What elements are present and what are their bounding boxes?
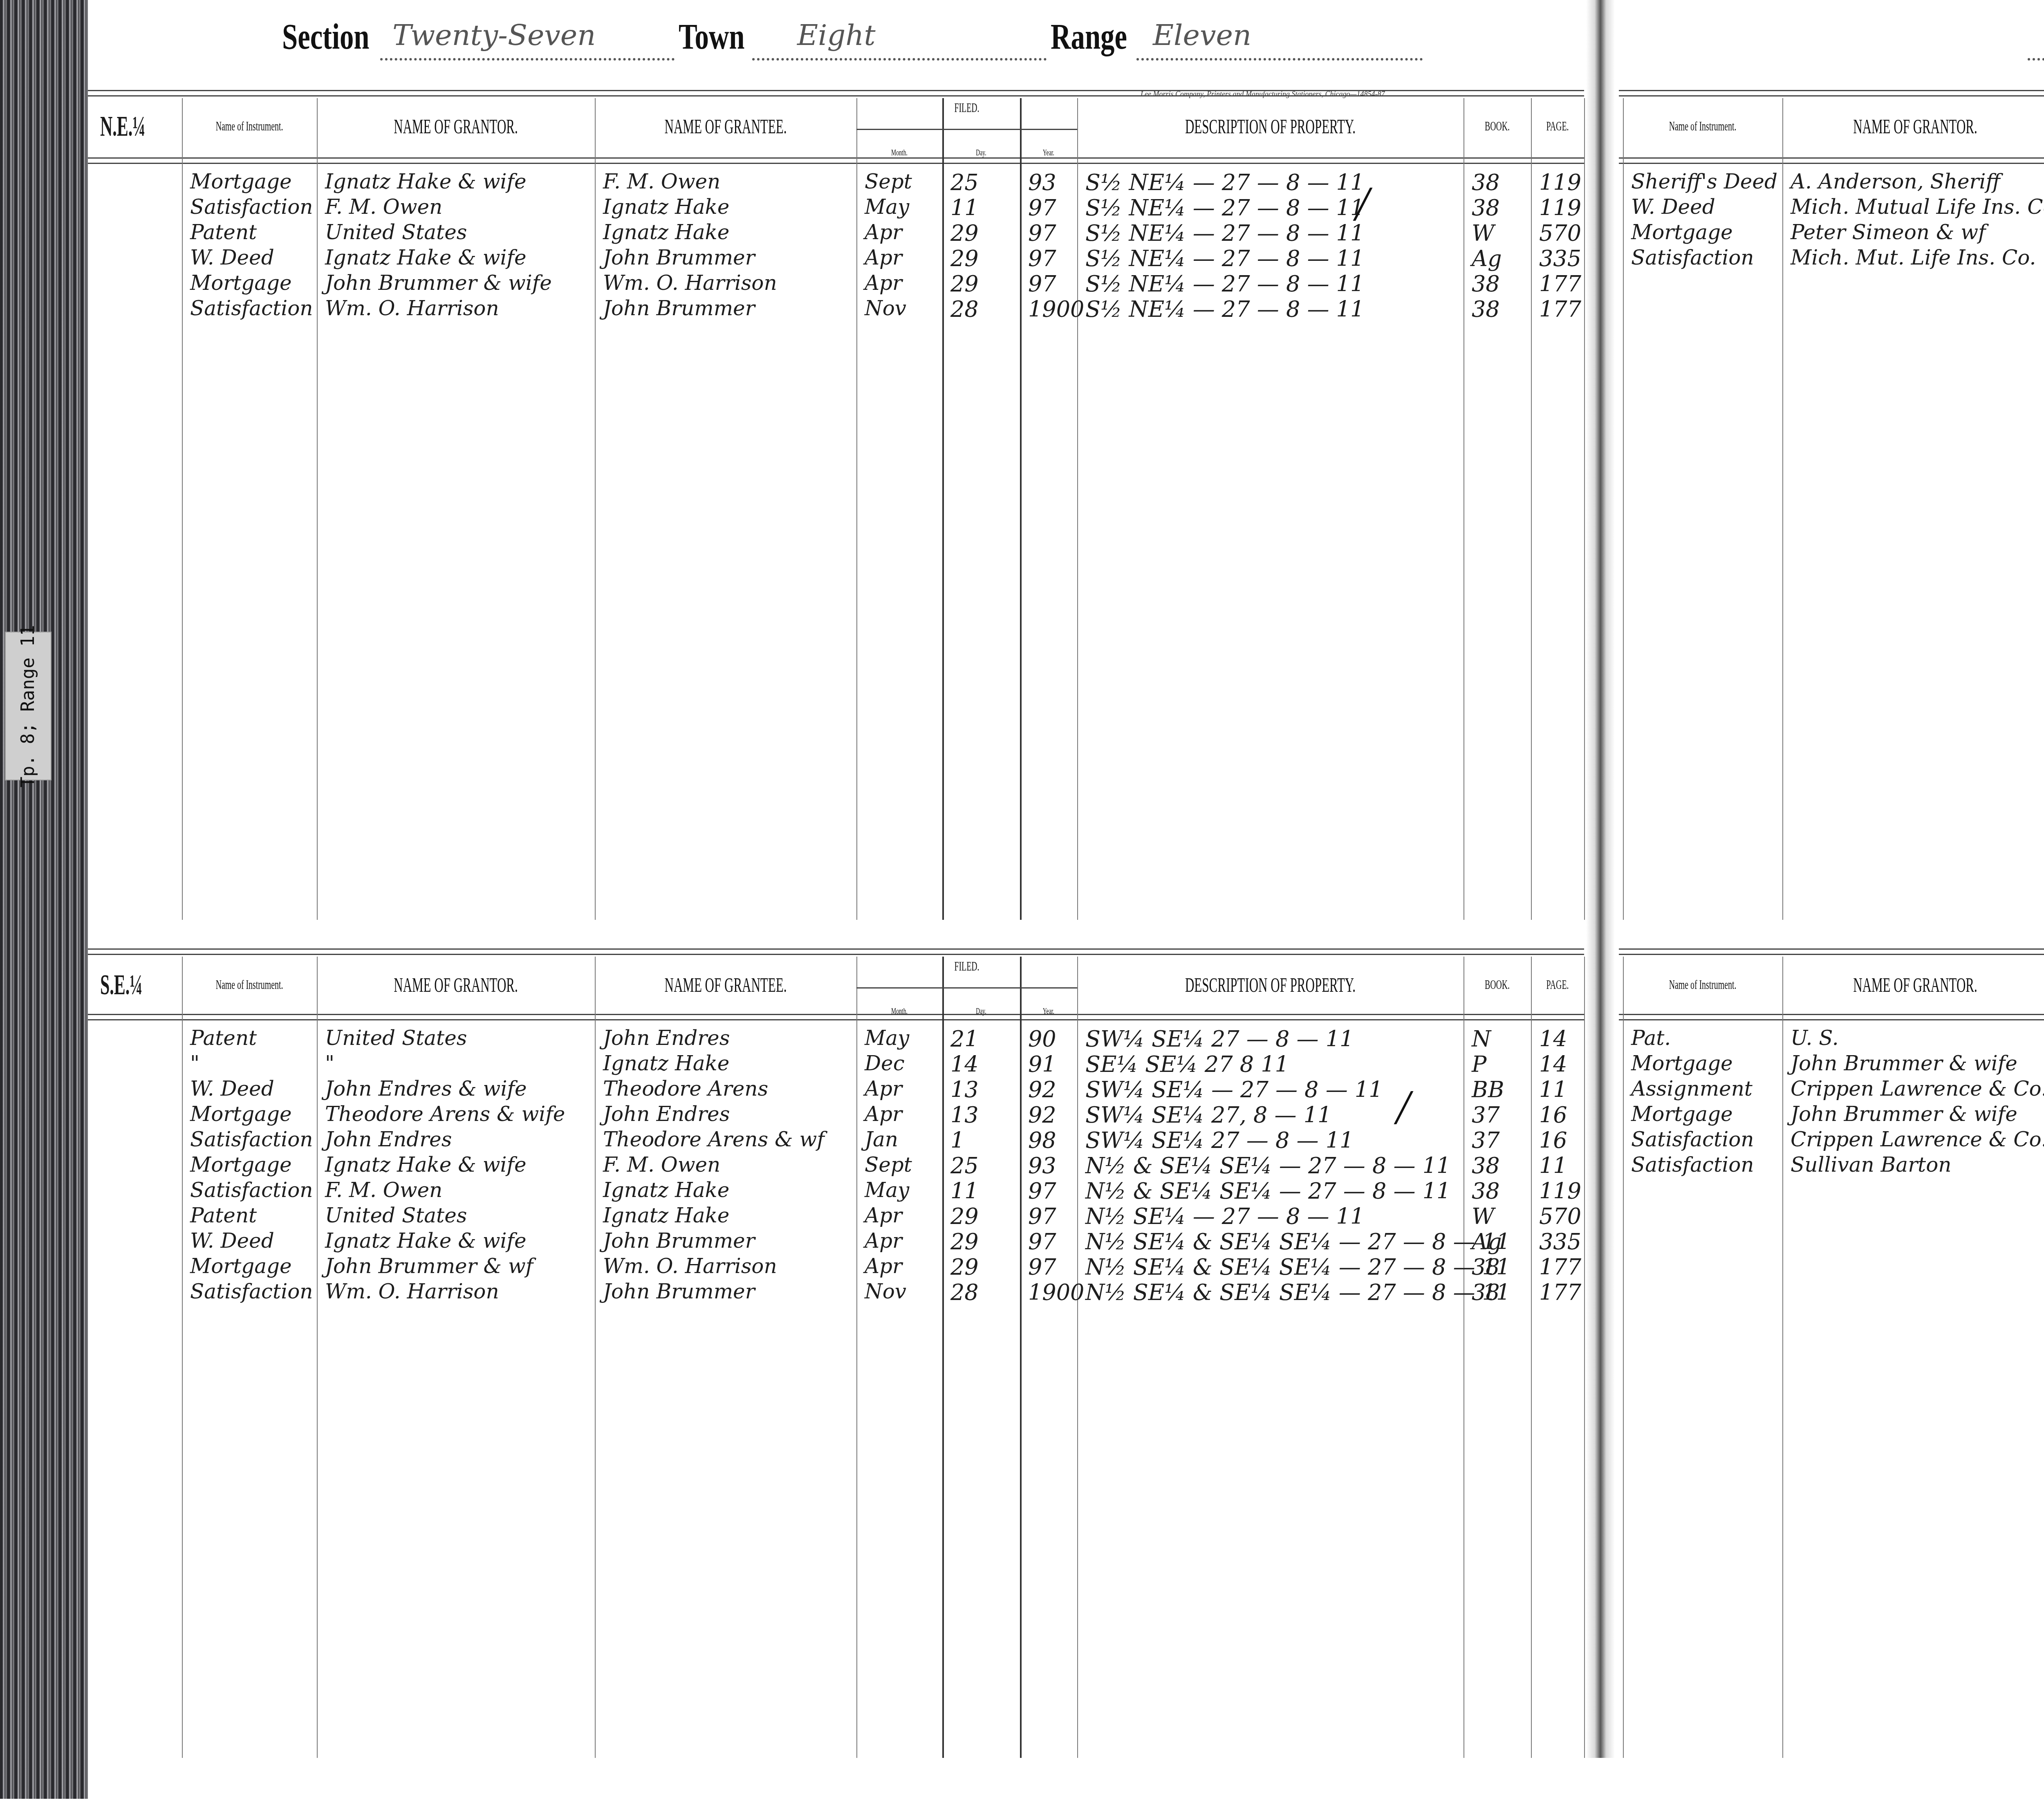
grantor-cell: Ignatz Hake & wife bbox=[325, 1229, 527, 1253]
header-month: Month. bbox=[873, 147, 926, 158]
range-underline bbox=[1136, 58, 1423, 61]
grantor-cell: United States bbox=[325, 1026, 467, 1050]
instrument-cell: Mortgage bbox=[1631, 1102, 1733, 1126]
ne-quarter-table: Name of Instrument.NAME OF GRANTOR.NAME … bbox=[88, 82, 1584, 920]
table-row: MortgageJohn Brummer & wifeCrippen Lawre… bbox=[1619, 1102, 2044, 1128]
header-bottom-rule bbox=[1619, 1014, 2044, 1020]
tick-mark: / bbox=[1355, 176, 1369, 232]
instrument-cell: Sheriff's Deed bbox=[1631, 170, 1777, 193]
filed-divider bbox=[856, 987, 1077, 989]
instrument-cell: " bbox=[190, 1051, 199, 1075]
page-cell: 14 bbox=[1539, 1051, 1567, 1077]
month-cell: Sept bbox=[865, 170, 912, 193]
grantee-cell: Wm. O. Harrison bbox=[603, 1254, 777, 1278]
grantor-cell: John Endres & wife bbox=[325, 1077, 527, 1101]
book-cell: 37 bbox=[1472, 1128, 1500, 1153]
header-top-rule bbox=[88, 90, 1584, 96]
quarter-label-se: S.E.¼ bbox=[100, 969, 143, 1002]
page-cell: 335 bbox=[1539, 246, 1581, 271]
header-instrument: Name of Instrument. bbox=[1653, 119, 1752, 134]
section-underline bbox=[380, 58, 675, 61]
month-cell: Apr bbox=[865, 1102, 902, 1126]
grantor-cell: United States bbox=[325, 1204, 467, 1227]
year-cell: 92 bbox=[1028, 1102, 1056, 1128]
page-cell: 177 bbox=[1539, 1280, 1581, 1305]
day-cell: 13 bbox=[950, 1102, 979, 1128]
month-cell: Sept bbox=[865, 1153, 912, 1177]
day-cell: 21 bbox=[950, 1026, 979, 1052]
description-cell: S½ NE¼ — 27 — 8 — 11 bbox=[1085, 170, 1364, 195]
header-year: Year. bbox=[1031, 1006, 1067, 1016]
header-description: DESCRIPTION OF PROPERTY. bbox=[1151, 114, 1390, 138]
grantee-cell: Theodore Arens bbox=[603, 1077, 768, 1101]
table-row: MortgageJohn Brummer & wifeWm. O. Harris… bbox=[88, 271, 1584, 296]
header-book: BOOK. bbox=[1476, 119, 1518, 134]
description-cell: N½ & SE¼ SE¼ — 27 — 8 — 11 bbox=[1085, 1153, 1450, 1179]
header-year: Year. bbox=[1031, 147, 1067, 158]
spine-label-text: Tp. 8; Range 11 bbox=[18, 625, 39, 787]
year-cell: 97 bbox=[1028, 220, 1056, 246]
year-cell: 97 bbox=[1028, 271, 1056, 297]
book-cell: 38 bbox=[1472, 195, 1500, 221]
page-cell: 177 bbox=[1539, 271, 1581, 297]
instrument-cell: W. Deed bbox=[190, 1229, 274, 1253]
header-filed: FILED. bbox=[899, 100, 1035, 115]
se-quarter-table: Name of Instrument.NAME OF GRANTOR.NAME … bbox=[88, 940, 1584, 1758]
month-cell: Nov bbox=[865, 296, 906, 320]
grantor-cell: Sullivan Barton bbox=[1791, 1153, 1951, 1177]
year-cell: 97 bbox=[1028, 1204, 1056, 1229]
page-cell: 14 bbox=[1539, 1026, 1567, 1052]
day-cell: 25 bbox=[950, 1153, 979, 1179]
table-row: W. DeedJohn Endres & wifeTheodore ArensA… bbox=[88, 1077, 1584, 1102]
instrument-cell: Mortgage bbox=[190, 271, 292, 295]
book-cell: P bbox=[1472, 1051, 1486, 1077]
page-cell: 11 bbox=[1539, 1077, 1567, 1103]
table-row: PatentUnited StatesJohn EndresMay2190SW¼… bbox=[88, 1026, 1584, 1051]
page-cell: 177 bbox=[1539, 296, 1581, 322]
description-cell: S½ NE¼ — 27 — 8 — 11 bbox=[1085, 220, 1364, 246]
grantee-cell: F. M. Owen bbox=[603, 170, 720, 193]
month-cell: Dec bbox=[865, 1051, 905, 1075]
month-cell: Nov bbox=[865, 1280, 906, 1303]
header-grantee: NAME OF GRANTEE. bbox=[645, 973, 807, 997]
section-value: Twenty-Seven bbox=[392, 18, 596, 52]
grantor-cell: F. M. Owen bbox=[325, 195, 442, 219]
description-cell: N½ SE¼ & SE¼ SE¼ — 27 — 8 — 11 bbox=[1085, 1229, 1510, 1255]
instrument-cell: Patent bbox=[190, 220, 257, 244]
table-row: MortgagePeter Simeon & wfMich. Mutual L.… bbox=[1619, 220, 2044, 246]
instrument-cell: Satisfaction bbox=[1631, 1153, 1754, 1177]
instrument-cell: Pat. bbox=[1631, 1026, 1671, 1050]
day-cell: 29 bbox=[950, 1204, 979, 1229]
quarter-label-ne: N.E.¼ bbox=[100, 110, 146, 143]
description-cell: SW¼ SE¼ 27 — 8 — 11 bbox=[1085, 1026, 1354, 1052]
table-row: MortgageIgnatz Hake & wifeF. M. OwenSept… bbox=[88, 1153, 1584, 1178]
book-edge bbox=[0, 0, 88, 1799]
table-row: SatisfactionSullivan BartonJohn BrummerF… bbox=[1619, 1153, 2044, 1178]
instrument-cell: Mortgage bbox=[1631, 1051, 1733, 1075]
instrument-cell: Mortgage bbox=[190, 1254, 292, 1278]
day-cell: 28 bbox=[950, 296, 979, 322]
page-cell: 335 bbox=[1539, 1229, 1581, 1255]
page-cell: 119 bbox=[1539, 170, 1581, 195]
nw-quarter-table: Name of Instrument.NAME OF GRANTOR.NAME … bbox=[1619, 82, 2044, 920]
book-cell: W bbox=[1472, 220, 1495, 246]
grantee-cell: Ignatz Hake bbox=[603, 1178, 729, 1202]
header-bottom-rule bbox=[88, 157, 1584, 164]
book-gutter bbox=[1586, 0, 1615, 1758]
grantor-cell: John Endres bbox=[325, 1128, 452, 1151]
description-cell: N½ SE¼ & SE¼ SE¼ — 27 — 8 — 11 bbox=[1085, 1280, 1510, 1305]
grantor-cell: F. M. Owen bbox=[325, 1178, 442, 1202]
instrument-cell: Patent bbox=[190, 1026, 257, 1050]
grantor-cell: A. Anderson, Sheriff bbox=[1791, 170, 2000, 193]
description-cell: SW¼ SE¼ 27 — 8 — 11 bbox=[1085, 1128, 1354, 1153]
grantor-cell: U. S. bbox=[1791, 1026, 1839, 1050]
instrument-cell: Mortgage bbox=[1631, 220, 1733, 244]
month-cell: Jan bbox=[865, 1128, 898, 1151]
month-cell: Apr bbox=[865, 1229, 902, 1253]
table-row: Pat.U. S.John BrummerDec2991SW¼ 27 8 11P… bbox=[1619, 1026, 2044, 1051]
year-cell: 92 bbox=[1028, 1077, 1056, 1103]
day-cell: 1 bbox=[950, 1128, 964, 1153]
book-cell: 38 bbox=[1472, 296, 1500, 322]
table-row: PatentUnited StatesIgnatz HakeApr2997N½ … bbox=[88, 1204, 1584, 1229]
page-cell: 119 bbox=[1539, 1178, 1581, 1204]
book-cell: Ag bbox=[1472, 1229, 1502, 1255]
table-row: SatisfactionCrippen Lawrence & Co.John B… bbox=[1619, 1128, 2044, 1153]
county-underline bbox=[2028, 58, 2044, 61]
book-cell: 37 bbox=[1472, 1102, 1500, 1128]
header-top-rule bbox=[1619, 90, 2044, 96]
instrument-cell: Satisfaction bbox=[1631, 1128, 1754, 1151]
instrument-cell: Mortgage bbox=[190, 1153, 292, 1177]
header-top-rule bbox=[1619, 948, 2044, 955]
header-instrument: Name of Instrument. bbox=[208, 977, 291, 992]
grantor-cell: Ignatz Hake & wife bbox=[325, 246, 527, 269]
instrument-cell: W. Deed bbox=[190, 1077, 274, 1101]
section-label: Section bbox=[282, 16, 370, 58]
year-cell: 93 bbox=[1028, 1153, 1056, 1179]
header-page: PAGE. bbox=[1541, 977, 1574, 992]
grantee-cell: John Endres bbox=[603, 1026, 730, 1050]
instrument-cell: Satisfaction bbox=[190, 1280, 313, 1303]
header-description: DESCRIPTION OF PROPERTY. bbox=[1151, 973, 1390, 997]
column-rule bbox=[1584, 98, 1585, 920]
book-cell: Ag bbox=[1472, 246, 1502, 271]
description-cell: N½ & SE¼ SE¼ — 27 — 8 — 11 bbox=[1085, 1178, 1450, 1204]
day-cell: 11 bbox=[950, 195, 979, 221]
grantee-cell: Theodore Arens & wf bbox=[603, 1128, 825, 1151]
grantee-cell: John Brummer bbox=[603, 1229, 755, 1253]
day-cell: 29 bbox=[950, 1254, 979, 1280]
grantee-cell: John Brummer bbox=[603, 246, 755, 269]
year-cell: 93 bbox=[1028, 170, 1056, 195]
month-cell: Apr bbox=[865, 1254, 902, 1278]
description-cell: S½ NE¼ — 27 — 8 — 11 bbox=[1085, 246, 1364, 271]
instrument-cell: Satisfaction bbox=[190, 195, 313, 219]
grantor-cell: Crippen Lawrence & Co. bbox=[1791, 1077, 2044, 1101]
year-cell: 90 bbox=[1028, 1026, 1056, 1052]
grantor-cell: Ignatz Hake & wife bbox=[325, 170, 527, 193]
page-cell: 16 bbox=[1539, 1128, 1567, 1153]
description-cell: S½ NE¼ — 27 — 8 — 11 bbox=[1085, 271, 1364, 297]
grantor-cell: Mich. Mut. Life Ins. Co. bbox=[1791, 246, 2036, 269]
grantee-cell: Ignatz Hake bbox=[603, 1204, 729, 1227]
instrument-cell: Satisfaction bbox=[1631, 246, 1754, 269]
tick-mark: / bbox=[1396, 1079, 1410, 1136]
year-cell: 97 bbox=[1028, 1229, 1056, 1255]
table-row: SatisfactionMich. Mut. Life Ins. Co.Pete… bbox=[1619, 246, 2044, 271]
header-bottom-rule bbox=[1619, 157, 2044, 164]
month-cell: Apr bbox=[865, 271, 902, 295]
grantee-cell: F. M. Owen bbox=[603, 1153, 720, 1177]
range-label: Range bbox=[1051, 16, 1127, 58]
grantor-cell: United States bbox=[325, 220, 467, 244]
description-cell: SW¼ SE¼ — 27 — 8 — 11 bbox=[1085, 1077, 1383, 1103]
header-instrument: Name of Instrument. bbox=[208, 119, 291, 134]
month-cell: Apr bbox=[865, 1204, 902, 1227]
year-cell: 91 bbox=[1028, 1051, 1056, 1077]
table-row: MortgageTheodore Arens & wifeJohn Endres… bbox=[88, 1102, 1584, 1128]
day-cell: 25 bbox=[950, 170, 979, 195]
table-row: MortgageJohn Brummer & wfWm. O. Harrison… bbox=[88, 1254, 1584, 1280]
description-cell: S½ NE¼ — 27 — 8 — 11 bbox=[1085, 195, 1364, 221]
range-value: Eleven bbox=[1153, 18, 1251, 52]
day-cell: 29 bbox=[950, 220, 979, 246]
year-cell: 97 bbox=[1028, 1178, 1056, 1204]
book-cell: 38 bbox=[1472, 1280, 1500, 1305]
grantor-cell: " bbox=[325, 1051, 334, 1075]
year-cell: 97 bbox=[1028, 246, 1056, 271]
header-page: PAGE. bbox=[1541, 119, 1574, 134]
grantor-cell: Peter Simeon & wf bbox=[1791, 220, 1986, 244]
book-cell: 38 bbox=[1472, 1153, 1500, 1179]
town-label: Town bbox=[679, 16, 745, 58]
town-value: Eight bbox=[797, 18, 876, 52]
day-cell: 11 bbox=[950, 1178, 979, 1204]
year-cell: 97 bbox=[1028, 1254, 1056, 1280]
grantor-cell: Theodore Arens & wife bbox=[325, 1102, 565, 1126]
page-cell: 11 bbox=[1539, 1153, 1567, 1179]
instrument-cell: Patent bbox=[190, 1204, 257, 1227]
month-cell: May bbox=[865, 195, 909, 219]
year-cell: 1900 bbox=[1028, 1280, 1084, 1305]
table-row: W. DeedIgnatz Hake & wifeJohn BrummerApr… bbox=[88, 1229, 1584, 1254]
grantor-cell: Crippen Lawrence & Co. bbox=[1791, 1128, 2044, 1151]
grantee-cell: Ignatz Hake bbox=[603, 1051, 729, 1075]
book-cell: W bbox=[1472, 1204, 1495, 1229]
grantor-cell: Mich. Mutual Life Ins. Co. bbox=[1791, 195, 2044, 219]
header-bottom-rule bbox=[88, 1014, 1584, 1020]
month-cell: Apr bbox=[865, 1077, 902, 1101]
instrument-cell: W. Deed bbox=[190, 246, 274, 269]
grantee-cell: Ignatz Hake bbox=[603, 195, 729, 219]
year-cell: 97 bbox=[1028, 195, 1056, 221]
header-filed: FILED. bbox=[899, 959, 1035, 974]
book-cell: BB bbox=[1472, 1077, 1504, 1103]
month-cell: May bbox=[865, 1026, 909, 1050]
day-cell: 29 bbox=[950, 1229, 979, 1255]
grantee-cell: John Endres bbox=[603, 1102, 730, 1126]
table-row: SatisfactionWm. O. HarrisonJohn BrummerN… bbox=[88, 1280, 1584, 1305]
page-cell: 570 bbox=[1539, 220, 1581, 246]
book-cell: 38 bbox=[1472, 1178, 1500, 1204]
description-cell: SE¼ SE¼ 27 8 11 bbox=[1085, 1051, 1289, 1077]
year-cell: 1900 bbox=[1028, 296, 1084, 322]
page-cell: 570 bbox=[1539, 1204, 1581, 1229]
spine-label: Tp. 8; Range 11 bbox=[5, 632, 52, 780]
page-cell: 16 bbox=[1539, 1102, 1567, 1128]
header-top-rule bbox=[88, 948, 1584, 955]
instrument-cell: Mortgage bbox=[190, 1102, 292, 1126]
table-row: SatisfactionJohn EndresTheodore Arens & … bbox=[88, 1128, 1584, 1153]
grantor-cell: John Brummer & wife bbox=[1791, 1102, 2017, 1126]
book-cell: 38 bbox=[1472, 170, 1500, 195]
description-cell: S½ NE¼ — 27 — 8 — 11 bbox=[1085, 296, 1364, 322]
header-grantor: NAME OF GRANTOR. bbox=[370, 114, 542, 138]
table-row: W. DeedMich. Mutual Life Ins. Co.Peter S… bbox=[1619, 195, 2044, 220]
header-month: Month. bbox=[873, 1006, 926, 1016]
grantee-cell: John Brummer bbox=[603, 296, 755, 320]
instrument-cell: W. Deed bbox=[1631, 195, 1715, 219]
description-cell: N½ SE¼ — 27 — 8 — 11 bbox=[1085, 1204, 1364, 1229]
town-underline bbox=[752, 58, 1047, 61]
grantor-cell: Wm. O. Harrison bbox=[325, 1280, 499, 1303]
day-cell: 29 bbox=[950, 246, 979, 271]
table-row: Sheriff's DeedA. Anderson, SheriffMich. … bbox=[1619, 170, 2044, 195]
instrument-cell: Satisfaction bbox=[190, 1178, 313, 1202]
page-cell: 177 bbox=[1539, 1254, 1581, 1280]
header-day: Day. bbox=[957, 1006, 1005, 1016]
grantee-cell: John Brummer bbox=[603, 1280, 755, 1303]
instrument-cell: Satisfaction bbox=[190, 1128, 313, 1151]
day-cell: 14 bbox=[950, 1051, 979, 1077]
year-cell: 98 bbox=[1028, 1128, 1056, 1153]
grantor-cell: John Brummer & wf bbox=[325, 1254, 533, 1278]
instrument-cell: Assignment bbox=[1631, 1077, 1753, 1101]
book-cell: 38 bbox=[1472, 1254, 1500, 1280]
grantor-cell: Wm. O. Harrison bbox=[325, 296, 499, 320]
header-grantor: NAME OF GRANTOR. bbox=[370, 973, 542, 997]
header-instrument: Name of Instrument. bbox=[1653, 977, 1752, 992]
header-day: Day. bbox=[957, 147, 1005, 158]
table-row: MortgageJohn Brummer & wifeCrippen Lawre… bbox=[1619, 1051, 2044, 1077]
table-row: W. DeedIgnatz Hake & wifeJohn BrummerApr… bbox=[88, 246, 1584, 271]
book-cell: N bbox=[1472, 1026, 1491, 1052]
day-cell: 28 bbox=[950, 1280, 979, 1305]
month-cell: Apr bbox=[865, 246, 902, 269]
table-row: ""Ignatz HakeDec1491SE¼ SE¼ 27 8 11P14 bbox=[88, 1051, 1584, 1077]
page-cell: 119 bbox=[1539, 195, 1581, 221]
column-rule bbox=[1584, 957, 1585, 1758]
table-row: SatisfactionWm. O. HarrisonJohn BrummerN… bbox=[88, 296, 1584, 322]
day-cell: 13 bbox=[950, 1077, 979, 1103]
book-cell: 38 bbox=[1472, 271, 1500, 297]
month-cell: Apr bbox=[865, 220, 902, 244]
grantor-cell: Ignatz Hake & wife bbox=[325, 1153, 527, 1177]
instrument-cell: Satisfaction bbox=[190, 296, 313, 320]
table-row: SatisfactionF. M. OwenIgnatz HakeMay1197… bbox=[88, 1178, 1584, 1204]
sw-quarter-table: Name of Instrument.NAME OF GRANTOR.NAME … bbox=[1619, 940, 2044, 1758]
header-grantee: NAME OF GRANTEE. bbox=[645, 114, 807, 138]
header-book: BOOK. bbox=[1476, 977, 1518, 992]
header-grantor: NAME OF GRANTOR. bbox=[1833, 114, 1998, 138]
instrument-cell: Mortgage bbox=[190, 170, 292, 193]
header-grantor: NAME OF GRANTOR. bbox=[1833, 973, 1998, 997]
description-cell: SW¼ SE¼ 27, 8 — 11 bbox=[1085, 1102, 1331, 1128]
month-cell: May bbox=[865, 1178, 909, 1202]
grantee-cell: Ignatz Hake bbox=[603, 220, 729, 244]
grantor-cell: John Brummer & wife bbox=[1791, 1051, 2017, 1075]
table-row: AssignmentCrippen Lawrence & Co.Sullivan… bbox=[1619, 1077, 2044, 1102]
description-cell: N½ SE¼ & SE¼ SE¼ — 27 — 8 — 11 bbox=[1085, 1254, 1510, 1280]
filed-divider bbox=[856, 129, 1077, 130]
grantee-cell: Wm. O. Harrison bbox=[603, 271, 777, 295]
day-cell: 29 bbox=[950, 271, 979, 297]
grantor-cell: John Brummer & wife bbox=[325, 271, 552, 295]
